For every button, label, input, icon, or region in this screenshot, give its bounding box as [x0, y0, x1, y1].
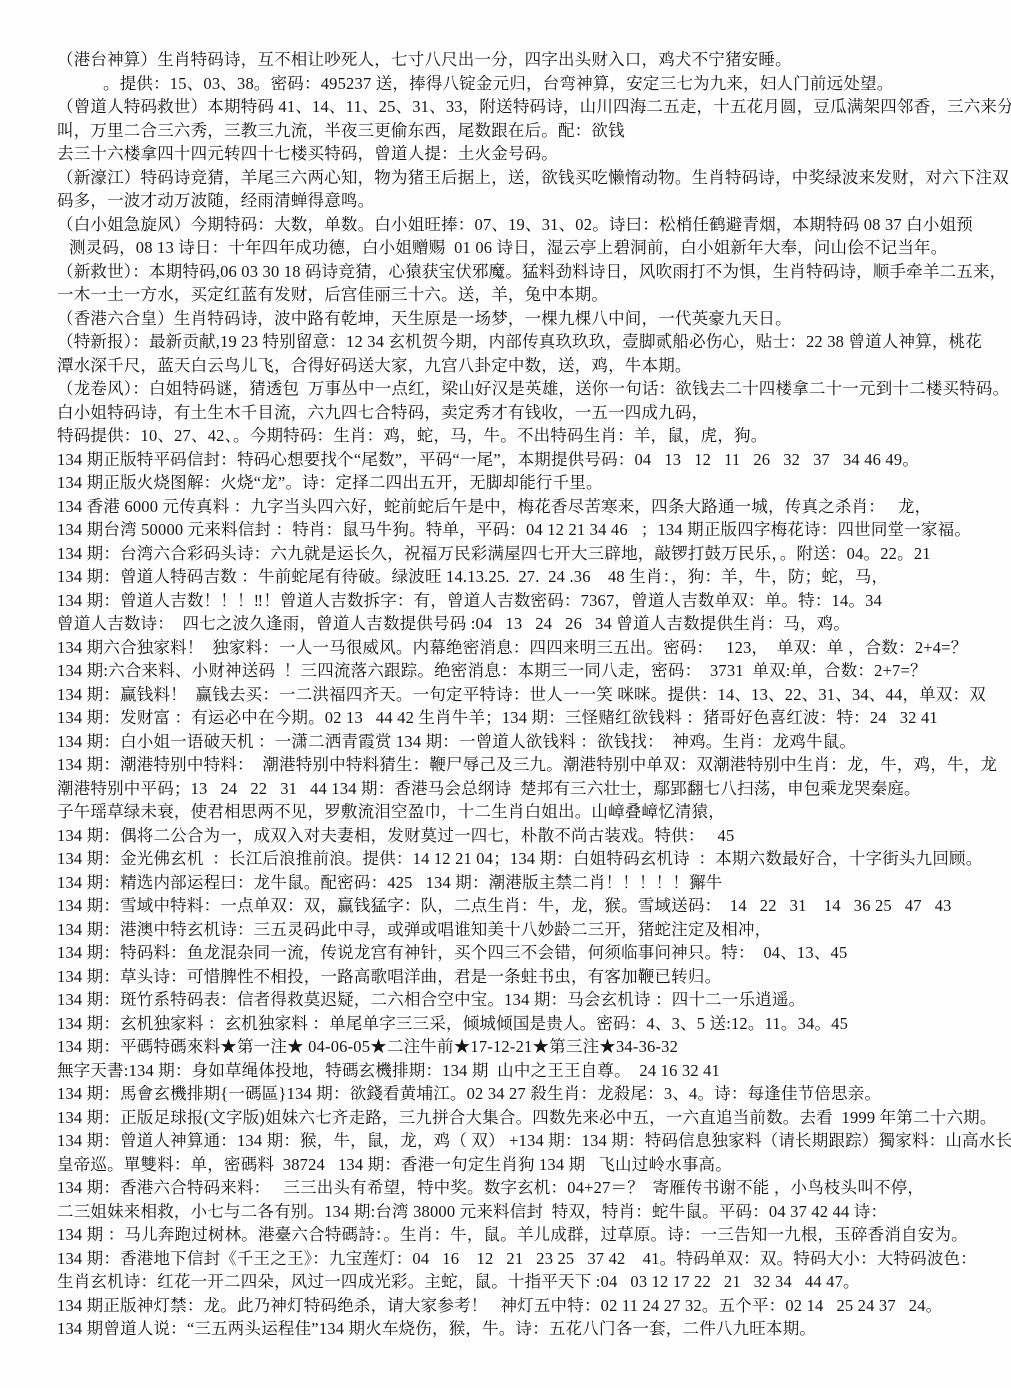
- text-line: 子午瑶草绿未衰，使君相思两不见，罗敷流泪空盈巾，十二生肖白姐出。山嶂叠嶂忆清猿，: [57, 800, 991, 824]
- text-line: 134 期：馬會玄機排期{一碼區}134 期：欲錢看黄埔江。02 34 27 殺…: [57, 1082, 991, 1106]
- text-line: 。提供：15、03、38。密码：495237 送，捧得八锭金元归，台弯神算，安定…: [57, 72, 991, 96]
- text-line: 皇帝巡。單雙料：单，密碼料 38724 134 期：香港一句定生肖狗 134 期…: [57, 1153, 991, 1177]
- text-line: （曾道人特码救世）本期特码 41、14、11、25、31、33，附送特码诗，山川…: [57, 95, 991, 119]
- text-line: 134 期：赢钱料！ 赢钱去买：一二洪福四齐天。一句定平特诗：世人一一笑 咪咪。…: [57, 683, 991, 707]
- text-line: 134 香港 6000 元传真料 ：九字当头四六好，蛇前蛇后午是中，梅花香尽苦寒…: [57, 495, 991, 519]
- text-line: 134 期六合独家料！ 独家料：一人一马很威风。内幕绝密消息：四四来明三五出。密…: [57, 636, 991, 660]
- text-line: 134 期：港澳中特玄机诗：三五灵码此中寻，或弹或唱谁知美十八妙龄二三开，猪蛇注…: [57, 918, 991, 942]
- text-line: 特码提供：10、27、42、。今期特码：生肖：鸡，蛇，马，牛。不出特码生肖：羊，…: [57, 424, 991, 448]
- text-line: 码多，一波才动万波随，经雨清蝉得意鸣。: [57, 189, 991, 213]
- text-line: （龙卷风）：白姐特码谜，猜透包 万事丛中一点红，梁山好汉是英雄，送你一句话：欲钱…: [57, 377, 991, 401]
- text-line: 曾道人吉数诗： 四七之波久逢雨，曾道人吉数提供号码 :04 13 24 26 3…: [57, 612, 991, 636]
- lottery-tipsheet-page: （港台神算）生肖特码诗，互不相让吵死人，七寸八尺出一分，四字出头财入口，鸡犬不宁…: [0, 0, 1011, 1388]
- text-line: 134 期曾道人说：“三五两头运程佳”134 期火车烧伤，猴，牛。诗：五花八门各…: [57, 1317, 991, 1341]
- text-line: 134 期：雪域中特料：一点单双：双，赢钱猛字：队，二点生肖：牛，龙，猴。雪域送…: [57, 894, 991, 918]
- text-line: 134 期：香港六合特码来料： 三三出头有希望，特中奖。数字玄机：04+27＝？…: [57, 1176, 991, 1200]
- text-line: 134 期：斑竹系特码表：信者得救莫迟疑，二六相合空中宝。134 期：马会玄机诗…: [57, 988, 991, 1012]
- text-line: 测灵码，08 13 诗日：十年四年成功德，白小姐赠赐 01 06 诗日，湿云亭上…: [57, 236, 991, 260]
- text-line: 無字天書:134 期：身如草绳体投地，特碼玄機排期：134 期 山中之王王自尊。…: [57, 1059, 991, 1083]
- text-line: 134 期 ：马儿奔跑过树林。港臺六合特碼詩：。生肖：牛，鼠。羊儿成群，过草原。…: [57, 1223, 991, 1247]
- text-line: 134 期：潮港特别中特料： 潮港特别中特料猜生：鞭尸辱己及三九。潮港特别中单双…: [57, 753, 991, 777]
- text-line: 134 期：平碼特碼來料★第一注★ 04-06-05★二注牛前★17-12-21…: [57, 1035, 991, 1059]
- text-line: 134 期：精选内部运程曰：龙牛鼠。配密码：425 134 期：潮港版主禁二肖！…: [57, 871, 991, 895]
- text-line: 134 期：发财富 ：有运必中在今期。02 13 44 42 生肖牛羊；134 …: [57, 706, 991, 730]
- text-line: 134 期正版特平码信封：特码心想要找个“尾数”，平码“一尾”，本期提供号码：0…: [57, 448, 991, 472]
- text-line: 去三十六楼拿四十四元转四十七楼买特码，曾道人提：土火金号码。: [57, 142, 991, 166]
- text-line: 134 期：正版足球报(文字版)姐妹六七齐走路，三九拼合大集合。四数先来必中五，…: [57, 1106, 991, 1130]
- text-line: （港台神算）生肖特码诗，互不相让吵死人，七寸八尺出一分，四字出头财入口，鸡犬不宁…: [57, 48, 991, 72]
- text-line: （新救世）：本期特码,06 03 30 18 码诗竞猜，心猿获宝伏邪魔。猛料劲料…: [57, 260, 991, 284]
- text-line: （新濠江）特码诗竞猜，羊尾三六两心知，物为猪王后据上，送，欲钱买吃懒惰动物。生肖…: [57, 166, 991, 190]
- text-line: （香港六合皇）生肖特码诗，波中路有乾坤，天生原是一场梦，一棵九棵八中间，一代英豪…: [57, 307, 991, 331]
- text-line: 潮港特别中平码；13 24 22 31 44 134 期：香港马会总纲诗 楚邦有…: [57, 777, 991, 801]
- text-line: 134 期：曾道人特码吉数 ：牛前蛇尾有待破。绿波旺 14.13.25. 27.…: [57, 565, 991, 589]
- text-line: 134 期：曾道人吉数！！！‼！曾道人吉数拆字：有，曾道人吉数密码：7367，曾…: [57, 589, 991, 613]
- text-line: 白小姐特码诗，有土生木千目流，六九四七合特码，卖定秀才有钱收，一五一四成九码，: [57, 401, 991, 425]
- text-line: 134 期：金光佛玄机 ：长江后浪推前浪。提供：14 12 21 04；134 …: [57, 847, 991, 871]
- text-line: 134 期：特码料：鱼龙混杂同一流，传说龙宫有神针，买个四三不会错，何须临事问神…: [57, 941, 991, 965]
- text-line: 134 期：玄机独家料 ：玄机独家料 ：单尾单字三三采，倾城倾国是贵人。密码：4…: [57, 1012, 991, 1036]
- text-line: 134 期：偶将二公合为一，成双入对夫妻相，发财莫过一四七，朴散不尚古装戏。特供…: [57, 824, 991, 848]
- text-line: 潭水深千尺，蓝天白云鸟儿飞，合得好码送大家，九宫八卦定中数，送，鸡，牛本期。: [57, 354, 991, 378]
- text-line: 134 期：白小姐一语破天机 ：一潇二洒青霞赏 134 期：一曾道人欲钱料 ：欲…: [57, 730, 991, 754]
- text-line: 一木一土一方水，买定红蓝有发财，后宫佳丽三十六。送，羊，兔中本期。: [57, 283, 991, 307]
- text-line: 134 期正版火烧图解：火烧“龙”。诗：定择二四出五开，无脚却能行千里。: [57, 471, 991, 495]
- text-line: 叫，万里二合三六秀，三教三九流，半夜三更偷东西，尾数跟在后。配：欲钱: [57, 119, 991, 143]
- text-line: 134 期正版神灯禁：龙。此乃神灯特码绝杀，请大家参考！ 神灯五中特：02 11…: [57, 1294, 991, 1318]
- text-line: 134 期：台湾六合彩码头诗：六九就是运长久，祝福万民彩满屋四七开大三辟地，敲锣…: [57, 542, 991, 566]
- text-line: 生肖玄机诗：红花一开二四朵，风过一四成光彩。主蛇，鼠。十指平天下 :04 03 …: [57, 1270, 991, 1294]
- text-line: （特新报）：最新贡献,19 23 特别留意：12 34 玄机贺今期，内部传真玖玖…: [57, 330, 991, 354]
- text-line: 134 期：香港地下信封《千王之王》：九宝莲灯：04 16 12 21 23 2…: [57, 1247, 991, 1271]
- text-line: 134 期：曾道人神算通：134 期：猴，牛，鼠，龙，鸡（ 双） +134 期：…: [57, 1129, 991, 1153]
- text-line: 二三姐妹来相救，小七与二各有别。134 期:台湾 38000 元来料信封 特双，…: [57, 1200, 991, 1224]
- text-line: 134 期：草头诗：可惜脾性不相投，一路高歌唱洋曲，君是一条蛀书虫，有客加鞭已转…: [57, 965, 991, 989]
- text-line: （白小姐急旋风）今期特码：大数，单数。白小姐旺捧：07、19、31、02。诗曰：…: [57, 213, 991, 237]
- text-line: 134 期:六合来料、小财神送码 ！三四流落六跟踪。绝密消息：本期三一同八走，密…: [57, 659, 991, 683]
- text-line: 134 期台湾 50000 元来料信封 ：特肖：鼠马牛狗。特单，平码：04 12…: [57, 518, 991, 542]
- document-body: （港台神算）生肖特码诗，互不相让吵死人，七寸八尺出一分，四字出头财入口，鸡犬不宁…: [57, 48, 991, 1341]
